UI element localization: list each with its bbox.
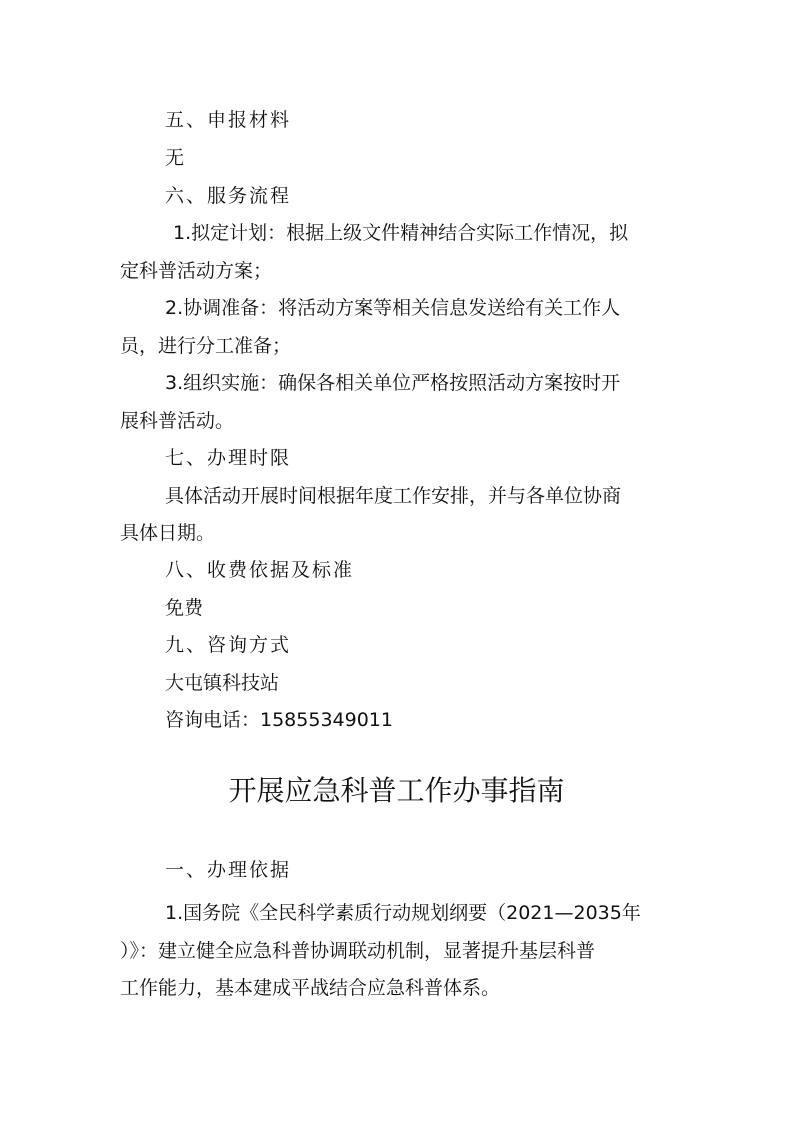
legal-basis-item-1-line-3: 工作能力，基本建成平战结合应急科普体系。 bbox=[120, 976, 500, 1000]
application-materials-text: 无 bbox=[165, 146, 184, 170]
section-heading-legal-basis: 一、办理依据 bbox=[165, 858, 291, 882]
contact-phone: 咨询电话：15855349011 bbox=[165, 708, 393, 732]
process-step-3-line-1: 3.组织实施：确保各相关单位严格按照活动方案按时开 bbox=[165, 371, 620, 395]
legal-basis-item-1-line-1: 1.国务院《全民科学素质行动规划纲要（2021—2035年 bbox=[165, 901, 641, 925]
time-limit-line-2: 具体日期。 bbox=[120, 521, 215, 545]
section-heading-fees: 八、收费依据及标准 bbox=[165, 558, 354, 582]
process-step-3-line-2: 展科普活动。 bbox=[120, 409, 234, 433]
contact-organization: 大屯镇科技站 bbox=[165, 671, 279, 695]
time-limit-line-1: 具体活动开展时间根据年度工作安排，并与各单位协商 bbox=[165, 484, 621, 508]
legal-basis-item-1-line-2: ）》：建立健全应急科普协调联动机制，显著提升基层科普 bbox=[120, 939, 595, 963]
process-step-1-line-2: 定科普活动方案； bbox=[120, 259, 272, 283]
process-step-2-line-2: 员，进行分工准备； bbox=[120, 334, 291, 358]
fees-text: 免费 bbox=[165, 596, 203, 620]
section-heading-service-process: 六、服务流程 bbox=[165, 184, 291, 208]
process-step-2-line-1: 2.协调准备：将活动方案等相关信息发送给有关工作人 bbox=[165, 296, 620, 320]
guide-title: 开展应急科普工作办事指南 bbox=[0, 773, 793, 809]
section-heading-time-limit: 七、办理时限 bbox=[165, 446, 291, 470]
process-step-1-line-1: 1.拟定计划：根据上级文件精神结合实际工作情况，拟 bbox=[173, 221, 628, 245]
section-heading-contact: 九、咨询方式 bbox=[165, 633, 291, 657]
section-heading-application-materials: 五、申报材料 bbox=[165, 108, 291, 132]
